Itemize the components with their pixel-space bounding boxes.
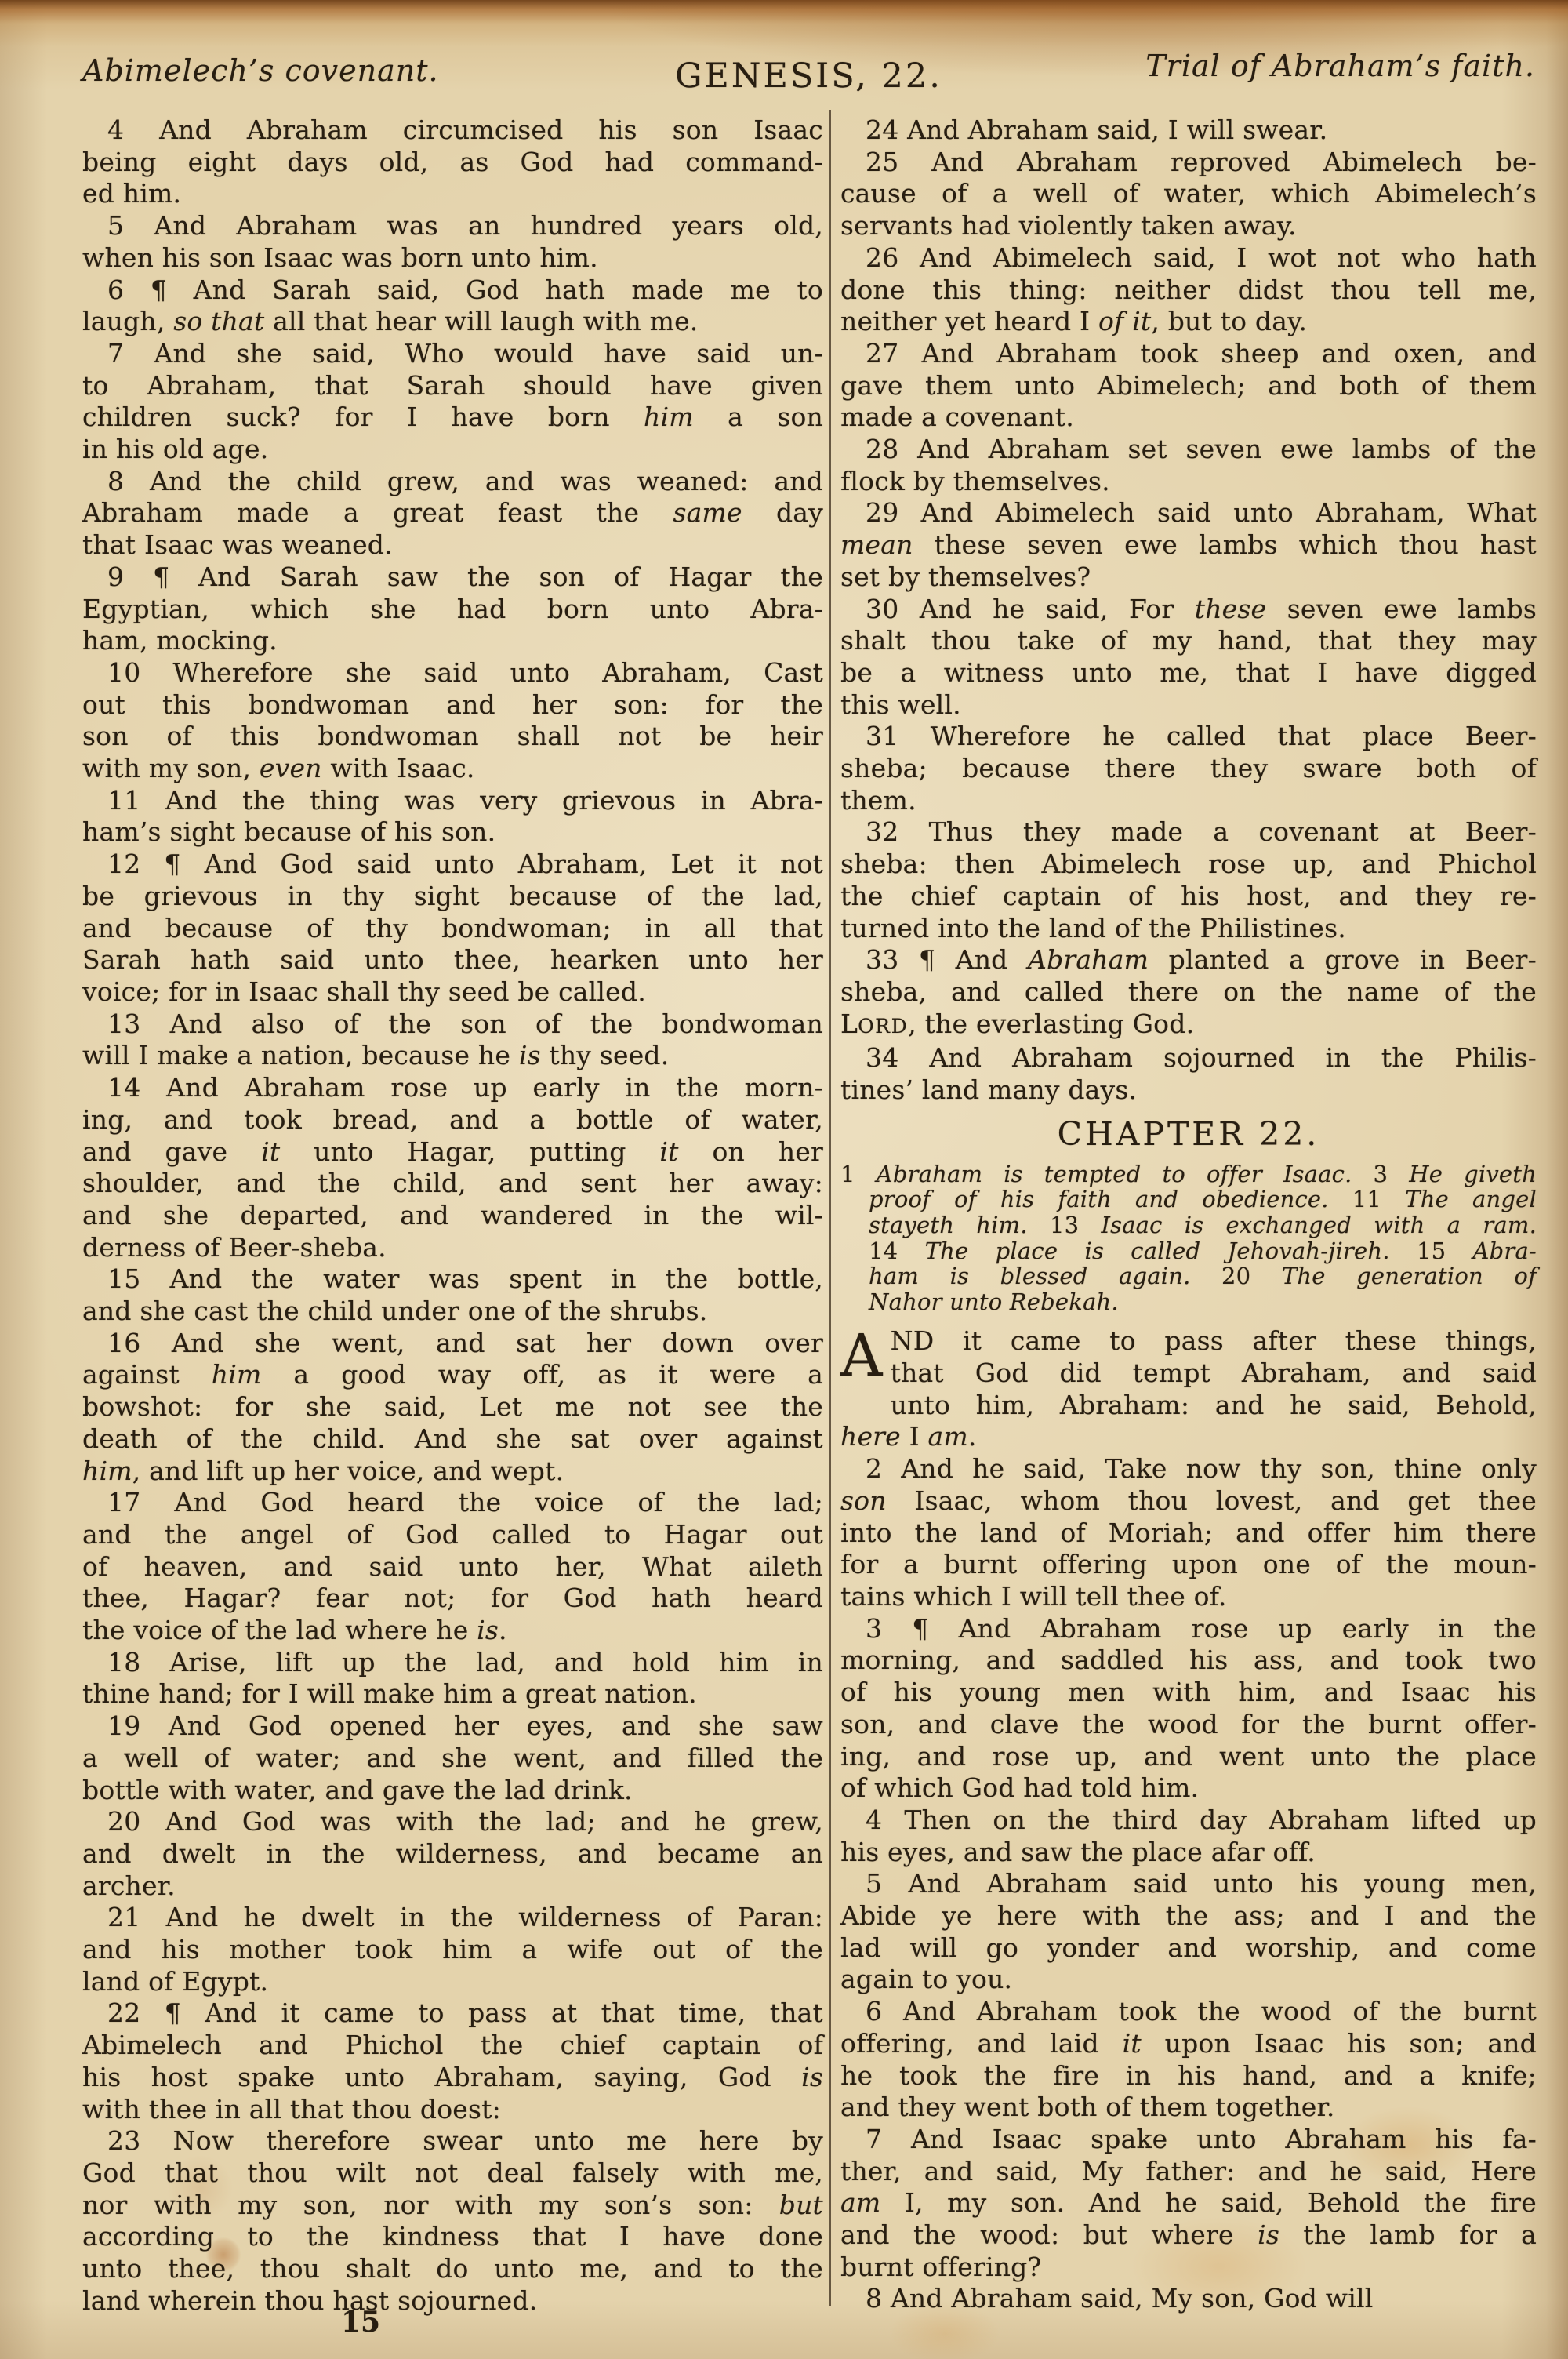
summary-line: stayeth him. 13 Isaac is exchanged with … [840, 1212, 1537, 1238]
text-line: God that thou wilt not deal falsely with… [82, 2157, 823, 2190]
text-line: of heaven, and said unto her, What ailet… [82, 1551, 823, 1583]
text-line: out this bondwoman and her son: for the [82, 689, 823, 722]
text-line: 8 And the child grew, and was weaned: an… [82, 466, 823, 498]
text-line: burnt offering? [840, 2252, 1537, 2284]
text-line: them. [840, 785, 1537, 817]
right-column: 24 And Abraham said, I will swear.25 And… [840, 114, 1537, 2315]
text-line: ther, and said, My father: and he said, … [840, 2156, 1537, 2188]
text-line: into the land of Moriah; and offer him t… [840, 1518, 1537, 1550]
text-line: 16 And she went, and sat her down over [82, 1328, 823, 1360]
verse-block: 7 And Isaac spake unto Abraham his fa-th… [840, 2124, 1537, 2284]
text-line: son, and clave the wood for the burnt of… [840, 1709, 1537, 1741]
verse-block: 4 And Abraham circumcised his son Isaacb… [82, 114, 823, 210]
text-line: ND it came to pass after these things, [840, 1325, 1537, 1358]
text-line: sheba: then Abimelech rose up, and Phich… [840, 849, 1537, 881]
text-line: land wherein thou hast sojourned. [82, 2285, 823, 2317]
verse-block: 19 And God opened her eyes, and she sawa… [82, 1710, 823, 1806]
running-head-right: Trial of Abraham’s faith. [1145, 49, 1535, 83]
text-line: 18 Arise, lift up the lad, and hold him … [82, 1647, 823, 1679]
text-line: turned into the land of the Philistines. [840, 913, 1537, 945]
text-line: and she cast the child under one of the … [82, 1296, 823, 1328]
chapter-summary: 1 Abraham is tempted to offer Isaac. 3 H… [840, 1161, 1537, 1315]
text-line: 13 And also of the son of the bondwoman [82, 1009, 823, 1041]
running-head: Abimelech’s covenant. GENESIS, 22. Trial… [82, 45, 1535, 93]
verse-block: 28 And Abraham set seven ewe lambs of th… [840, 434, 1537, 497]
text-line: and because of thy bondwoman; in all tha… [82, 913, 823, 945]
summary-line: 1 Abraham is tempted to offer Isaac. 3 H… [840, 1161, 1537, 1187]
text-line: laugh, so that all that hear will laugh … [82, 306, 823, 338]
verse-block: 14 And Abraham rose up early in the morn… [82, 1072, 823, 1263]
text-line: sheba; because there they sware both of [840, 753, 1537, 785]
text-line: with thee in all that thou doest: [82, 2094, 823, 2126]
verse-block: 31 Wherefore he called that place Beer-s… [840, 721, 1537, 816]
summary-line: ham is blessed again. 20 The generation … [840, 1263, 1537, 1289]
text-line: of his young men with him, and Isaac his [840, 1677, 1537, 1709]
text-line: 24 And Abraham said, I will swear. [840, 114, 1537, 147]
text-line: being eight days old, as God had command… [82, 147, 823, 179]
verse-block: 27 And Abraham took sheep and oxen, andg… [840, 338, 1537, 434]
text-line: the voice of the lad where he is. [82, 1615, 823, 1647]
text-line: derness of Beer-sheba. [82, 1232, 823, 1264]
bible-page: Abimelech’s covenant. GENESIS, 22. Trial… [0, 0, 1568, 2359]
verse-block: 25 And Abraham reproved Abimelech be-cau… [840, 147, 1537, 242]
text-line: 27 And Abraham took sheep and oxen, and [840, 338, 1537, 370]
verse-block: 4 Then on the third day Abraham lifted u… [840, 1805, 1537, 1868]
verse-block: 21 And he dwelt in the wilderness of Par… [82, 1902, 823, 1997]
summary-line: 14 The place is called Jehovah-jireh. 15… [840, 1238, 1537, 1264]
text-line: done this thing: neither didst thou tell… [840, 274, 1537, 307]
summary-line: Nahor unto Rebekah. [840, 1289, 1537, 1315]
verse-block: 24 And Abraham said, I will swear. [840, 114, 1537, 147]
text-line: for a burnt offering upon one of the mou… [840, 1549, 1537, 1581]
drop-cap: A [840, 1325, 891, 1390]
text-line: and she departed, and wandered in the wi… [82, 1200, 823, 1232]
verse-block: 6 And Abraham took the wood of the burnt… [840, 1996, 1537, 2124]
text-line: 14 And Abraham rose up early in the morn… [82, 1072, 823, 1104]
text-line: 6 ¶ And Sarah said, God hath made me to [82, 274, 823, 307]
text-line: 9 ¶ And Sarah saw the son of Hagar the [82, 562, 823, 594]
text-line: bowshot: for she said, Let me not see th… [82, 1391, 823, 1423]
text-line: 12 ¶ And God said unto Abraham, Let it n… [82, 849, 823, 881]
text-line: 22 ¶ And it came to pass at that time, t… [82, 1997, 823, 2030]
text-line: tines’ land many days. [840, 1074, 1537, 1107]
verse-block: 5 And Abraham said unto his young men,Ab… [840, 1868, 1537, 1996]
text-line: ed him. [82, 178, 823, 210]
text-line: 11 And the thing was very grievous in Ab… [82, 785, 823, 817]
verse-block: 17 And God heard the voice of the lad;an… [82, 1487, 823, 1647]
text-line: Egyptian, which she had born unto Abra- [82, 594, 823, 626]
text-line: archer. [82, 1870, 823, 1903]
text-line: lad will go yonder and worship, and come [840, 1932, 1537, 1965]
text-line: him, and lift up her voice, and wept. [82, 1456, 823, 1488]
text-line: 32 Thus they made a covenant at Beer- [840, 816, 1537, 849]
text-line: and the wood: but where is the lamb for … [840, 2219, 1537, 2252]
text-line: unto thee, thou shalt do unto me, and to… [82, 2253, 823, 2285]
text-line: nor with my son, nor with my son’s son: … [82, 2190, 823, 2222]
text-line: he took the fire in his hand, and a knif… [840, 2060, 1537, 2092]
text-line: 29 And Abimelech said unto Abraham, What [840, 497, 1537, 529]
text-line: neither yet heard I of it, but to day. [840, 306, 1537, 338]
text-line: 5 And Abraham said unto his young men, [840, 1868, 1537, 1900]
text-line: tains which I will tell thee of. [840, 1581, 1537, 1613]
text-line: will I make a nation, because he is thy … [82, 1040, 823, 1072]
chapter-heading: CHAPTER 22. [840, 1116, 1537, 1152]
text-line: with my son, even with Isaac. [82, 753, 823, 785]
text-line: LORD, the everlasting God. [840, 1009, 1537, 1043]
text-line: and the angel of God called to Hagar out [82, 1519, 823, 1551]
text-line: sheba, and called there on the name of t… [840, 976, 1537, 1009]
text-line: am I, my son. And he said, Behold the fi… [840, 2187, 1537, 2219]
text-line: again to you. [840, 1964, 1537, 1996]
text-line: 10 Wherefore she said unto Abraham, Cast [82, 657, 823, 689]
text-line: Abraham made a great feast the same day [82, 497, 823, 529]
text-line: 3 ¶ And Abraham rose up early in the [840, 1613, 1537, 1645]
text-line: bottle with water, and gave the lad drin… [82, 1775, 823, 1807]
text-line: 23 Now therefore swear unto me here by [82, 2125, 823, 2157]
text-line: to Abraham, that Sarah should have given [82, 370, 823, 402]
verse-block: 23 Now therefore swear unto me here byGo… [82, 2125, 823, 2317]
verse-block: 15 And the water was spent in the bottle… [82, 1263, 823, 1327]
verse-block: 30 And he said, For these seven ewe lamb… [840, 594, 1537, 722]
text-line: made a covenant. [840, 402, 1537, 434]
text-line: flock by themselves. [840, 466, 1537, 498]
verse-block: 26 And Abimelech said, I wot not who hat… [840, 242, 1537, 338]
verse-block: 29 And Abimelech said unto Abraham, What… [840, 497, 1537, 593]
verse-block: 34 And Abraham sojourned in the Philis-t… [840, 1042, 1537, 1106]
text-line: ing, and rose up, and went unto the plac… [840, 1741, 1537, 1773]
text-line: and they went both of them together. [840, 2092, 1537, 2124]
text-line: ham’s sight because of his son. [82, 816, 823, 849]
text-line: land of Egypt. [82, 1966, 823, 1998]
verse-block: 3 ¶ And Abraham rose up early in themorn… [840, 1613, 1537, 1805]
text-line: servants had violently taken away. [840, 210, 1537, 242]
verse-block: 10 Wherefore she said unto Abraham, Cast… [82, 657, 823, 785]
verse-block: AND it came to pass after these things,t… [840, 1325, 1537, 1453]
text-line: according to the kindness that I have do… [82, 2221, 823, 2253]
verse-block: 32 Thus they made a covenant at Beer-she… [840, 816, 1537, 944]
text-line: 33 ¶ And Abraham planted a grove in Beer… [840, 944, 1537, 976]
text-line: 4 And Abraham circumcised his son Isaac [82, 114, 823, 147]
verse-block: 8 And the child grew, and was weaned: an… [82, 466, 823, 562]
summary-line: proof of his faith and obedience. 11 The… [840, 1187, 1537, 1212]
text-line: Abide ye here with the ass; and I and th… [840, 1900, 1537, 1932]
text-line: of which God had told him. [840, 1772, 1537, 1805]
verse-block: 2 And he said, Take now thy son, thine o… [840, 1453, 1537, 1613]
text-line: 34 And Abraham sojourned in the Philis- [840, 1042, 1537, 1074]
column-divider-rule [829, 110, 831, 2306]
text-line: son Isaac, whom thou lovest, and get the… [840, 1485, 1537, 1518]
text-line: 20 And God was with the lad; and he grew… [82, 1806, 823, 1838]
text-line: 26 And Abimelech said, I wot not who hat… [840, 242, 1537, 274]
text-line: in his old age. [82, 434, 823, 466]
text-line: and gave it unto Hagar, putting it on he… [82, 1136, 823, 1169]
text-line: his eyes, and saw the place afar off. [840, 1837, 1537, 1869]
text-line: shoulder, and the child, and sent her aw… [82, 1168, 823, 1200]
text-line: mean these seven ewe lambs which thou ha… [840, 529, 1537, 562]
text-line: gave them unto Abimelech; and both of th… [840, 370, 1537, 402]
text-line: that Isaac was weaned. [82, 529, 823, 562]
text-line: 6 And Abraham took the wood of the burnt [840, 1996, 1537, 2028]
text-line: 21 And he dwelt in the wilderness of Par… [82, 1902, 823, 1934]
text-line: 2 And he said, Take now thy son, thine o… [840, 1453, 1537, 1485]
text-line: offering, and laid it upon Isaac his son… [840, 2028, 1537, 2060]
text-line: Sarah hath said unto thee, hearken unto … [82, 944, 823, 976]
text-line: 4 Then on the third day Abraham lifted u… [840, 1805, 1537, 1837]
text-line: this well. [840, 689, 1537, 722]
text-line: 8 And Abraham said, My son, God will [840, 2283, 1537, 2315]
text-line: and dwelt in the wilderness, and became … [82, 1838, 823, 1870]
verse-block: 7 And she said, Who would have said un-t… [82, 338, 823, 466]
text-line: a well of water; and she went, and fille… [82, 1743, 823, 1775]
text-line: 25 And Abraham reproved Abimelech be- [840, 147, 1537, 179]
text-line: morning, and saddled his ass, and took t… [840, 1645, 1537, 1677]
verse-block: 12 ¶ And God said unto Abraham, Let it n… [82, 849, 823, 1009]
verse-block: 6 ¶ And Sarah said, God hath made me tol… [82, 274, 823, 338]
text-line: 7 And she said, Who would have said un- [82, 338, 823, 370]
text-line: be grievous in thy sight because of the … [82, 881, 823, 913]
text-line: 5 And Abraham was an hundred years old, [82, 210, 823, 242]
verse-block: 11 And the thing was very grievous in Ab… [82, 785, 823, 849]
text-line: and his mother took him a wife out of th… [82, 1934, 823, 1966]
text-line: 30 And he said, For these seven ewe lamb… [840, 594, 1537, 626]
text-line: 28 And Abraham set seven ewe lambs of th… [840, 434, 1537, 466]
text-line: the chief captain of his host, and they … [840, 881, 1537, 913]
text-line: death of the child. And she sat over aga… [82, 1423, 823, 1456]
left-column: 4 And Abraham circumcised his son Isaacb… [82, 114, 823, 2317]
text-line: be a witness unto me, that I have digged [840, 657, 1537, 689]
text-line: voice; for in Isaac shall thy seed be ca… [82, 976, 823, 1009]
text-line: unto him, Abraham: and he said, Behold, [840, 1390, 1537, 1422]
verse-block: 9 ¶ And Sarah saw the son of Hagar theEg… [82, 562, 823, 657]
verse-block: 13 And also of the son of the bondwomanw… [82, 1009, 823, 1072]
text-line: 17 And God heard the voice of the lad; [82, 1487, 823, 1519]
verse-block: 5 And Abraham was an hundred years old,w… [82, 210, 823, 274]
text-line: here I am. [840, 1421, 1537, 1453]
verse-block: 33 ¶ And Abraham planted a grove in Beer… [840, 944, 1537, 1042]
text-line: thine hand; for I will make him a great … [82, 1678, 823, 1710]
text-line: thee, Hagar? fear not; for God hath hear… [82, 1583, 823, 1615]
text-line: 31 Wherefore he called that place Beer- [840, 721, 1537, 753]
verse-block: 16 And she went, and sat her down overag… [82, 1328, 823, 1488]
text-line: cause of a well of water, which Abimelec… [840, 178, 1537, 210]
verse-block: 20 And God was with the lad; and he grew… [82, 1806, 823, 1902]
running-head-center: GENESIS, 22. [675, 56, 942, 96]
text-line: against him a good way off, as it were a [82, 1359, 823, 1391]
text-line: that God did tempt Abraham, and said [840, 1358, 1537, 1390]
running-head-left: Abimelech’s covenant. [82, 53, 439, 88]
text-line: children suck? for I have born him a son [82, 402, 823, 434]
text-line: 7 And Isaac spake unto Abraham his fa- [840, 2124, 1537, 2156]
verse-block: 18 Arise, lift up the lad, and hold him … [82, 1647, 823, 1710]
text-line: his host spake unto Abraham, saying, God… [82, 2062, 823, 2094]
text-line: when his son Isaac was born unto him. [82, 242, 823, 274]
text-line: shalt thou take of my hand, that they ma… [840, 625, 1537, 657]
text-line: 19 And God opened her eyes, and she saw [82, 1710, 823, 1743]
verse-block: 8 And Abraham said, My son, God will [840, 2283, 1537, 2315]
text-line: set by themselves? [840, 562, 1537, 594]
text-line: Abimelech and Phichol the chief captain … [82, 2030, 823, 2062]
text-line: son of this bondwoman shall not be heir [82, 721, 823, 753]
text-line: ham, mocking. [82, 625, 823, 657]
verse-block: 22 ¶ And it came to pass at that time, t… [82, 1997, 823, 2125]
text-line: 15 And the water was spent in the bottle… [82, 1263, 823, 1296]
page-number: 15 [294, 2306, 427, 2339]
text-line: ing, and took bread, and a bottle of wat… [82, 1104, 823, 1136]
